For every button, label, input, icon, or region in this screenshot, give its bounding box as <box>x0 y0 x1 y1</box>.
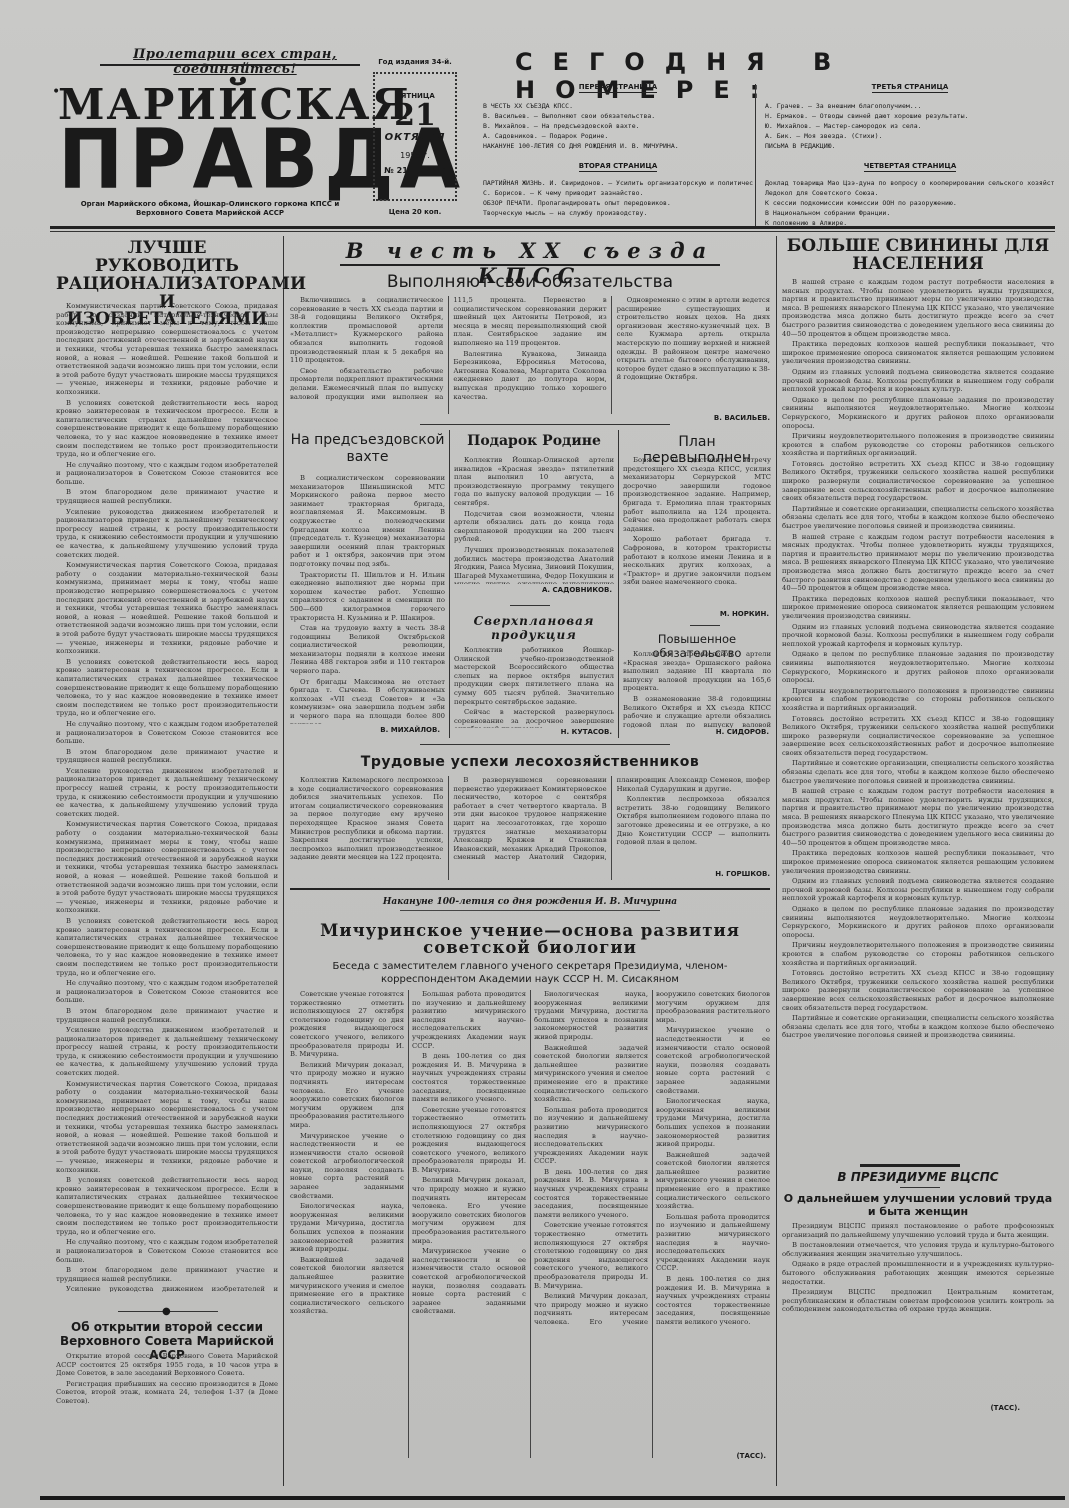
paragraph: В этом благородном деле принимают участи… <box>56 1266 278 1283</box>
vcsps-headline: О дальнейшем улучшении условий труда и б… <box>782 1192 1054 1218</box>
contents-page-title: ПЕРВАЯ СТРАНИЦА <box>579 83 657 93</box>
contents-item: К сессии подкомиссии комиссии ООН по раз… <box>765 198 1055 208</box>
masthead-rule-thin <box>50 231 1055 232</box>
paragraph: В этом благородном деле принимают участи… <box>56 748 278 765</box>
paragraph: Не случайно поэтому, что с каждым годом … <box>56 1238 278 1264</box>
contents-item: С. Борисов. — К чему приводит зазнайство… <box>483 188 753 198</box>
paragraph: В условиях советской действительности ве… <box>56 399 278 459</box>
contents-item: Творческую мысль — на службу производств… <box>483 208 753 218</box>
col2-sub-body: Коллектив работников Йошкар-Олинской уче… <box>454 646 614 728</box>
contents-item: НАКАНУНЕ 100-ЛЕТИЯ СО ДНЯ РОЖДЕНИЯ И. В.… <box>483 141 753 151</box>
paragraph: Коллектив Килемарского леспромхоза в ход… <box>290 776 443 862</box>
paragraph: Великий Мичурин доказал, что природу мож… <box>290 1061 404 1130</box>
michurin-body: Советские ученые готовятся торжественно … <box>290 990 770 1458</box>
paragraph: Практика передовых колхозов нашей респуб… <box>782 849 1054 875</box>
paragraph: Не случайно поэтому, что с каждым годом … <box>56 720 278 746</box>
paragraph: Одним из главных условий подъема свиново… <box>782 877 1054 903</box>
paragraph: Важнейшей задачей советской биологии явл… <box>290 1256 404 1316</box>
paragraph: Усиление руководства движением изобретат… <box>56 508 278 560</box>
paragraph: Однако в целом по республике плановые за… <box>782 905 1054 939</box>
ornament-dot-icon: ● <box>162 1306 171 1317</box>
masthead-motto: Пролетарии всех стран, соединяйтесь! <box>100 47 370 77</box>
col2-signature: А. САДОВНИКОВ. <box>454 586 612 594</box>
paragraph: В условиях советской действительности ве… <box>56 1176 278 1236</box>
paragraph: Мичуринское учение о наследственности и … <box>656 1026 770 1095</box>
contents-list: ПАРТИЙНАЯ ЖИЗНЬ. И. Свиридонов. — Усилит… <box>483 178 753 218</box>
contents-list: А. Грачев. — За внешним благополучием...… <box>765 101 1055 151</box>
paragraph: В социалистическом соревновании механиза… <box>290 474 445 569</box>
contents-list: Доклад товарища Мао Цзэ-дуна по вопросу … <box>765 178 1055 228</box>
paragraph: В нашей стране с каждым годом растут пот… <box>782 787 1054 847</box>
page-bottom-rule <box>40 1496 1065 1500</box>
section-rule <box>290 888 770 890</box>
contents-page-title: ЧЕТВЕРТАЯ СТРАНИЦА <box>864 162 957 172</box>
paragraph: Мичуринское учение о наследственности и … <box>290 1132 404 1201</box>
contents-list: В ЧЕСТЬ XX СЪЕЗДА КПСС.В. Васильев. — Вы… <box>483 101 753 151</box>
paragraph: От бригады Максимова не отстает бригада … <box>290 678 445 724</box>
col3-body: Борясь за достойную встречу предстоящего… <box>623 456 771 584</box>
paragraph: В день 100-летия со дня рождения И. В. М… <box>412 1052 526 1104</box>
paragraph: Биологическая наука, вооруженная великим… <box>534 990 648 1042</box>
vcsps-signature: (ТАСС). <box>960 1404 1020 1412</box>
paragraph: Одновременно с этим в артели ведется рас… <box>617 296 770 382</box>
editorial-body: Коммунистическая партия Советского Союза… <box>56 302 278 1292</box>
paragraph: Великий Мичурин доказал, что природу мож… <box>412 1176 526 1245</box>
paragraph: Практика передовых колхозов нашей респуб… <box>782 340 1054 366</box>
paragraph: Лучших производственных показателей доби… <box>454 546 614 584</box>
paragraph: Регистрация прибывших на сессию производ… <box>56 1380 278 1406</box>
paragraph: Не случайно поэтому, что с каждым годом … <box>56 979 278 1005</box>
paragraph: Важнейшей задачей советской биологии явл… <box>534 1044 648 1104</box>
year-of-publication: Год издания 34-й. <box>370 58 460 66</box>
column-divider <box>618 430 619 738</box>
paragraph: Коммунистическая партия Советского Союза… <box>56 302 278 397</box>
ornament-rule <box>860 1164 960 1167</box>
day: 21 <box>375 100 455 132</box>
paragraph: Причины неудовлетворительного положения … <box>782 687 1054 713</box>
newspaper-page: Пролетарии всех стран, соединяйтесь! МАР… <box>0 0 1069 1508</box>
paragraph: Биологическая наука, вооруженная великим… <box>290 1202 404 1254</box>
date-box: ПЯТНИЦА 21 ОКТЯБРЯ 1955 г. № 210 (7774) <box>373 72 457 201</box>
contents-item: А. Грачев. — За внешним благополучием... <box>765 101 1055 111</box>
month: ОКТЯБРЯ <box>375 132 455 143</box>
paragraph: Усиление руководства движением изобретат… <box>56 767 278 819</box>
contents-item: В. Михайлов. — На предсъездовской вахте. <box>483 121 753 131</box>
right-lead-body: В нашей стране с каждым годом растут пот… <box>782 278 1054 1158</box>
paragraph: Президиум ВЦСПС принял постановление о р… <box>782 1222 1054 1239</box>
masthead-rule <box>50 226 1055 229</box>
paragraph: В ознаменование 38-й годовщины Великого … <box>623 695 771 728</box>
col3-sub-signature: Н. СИДОРОВ. <box>623 728 769 736</box>
forestry-body: Коллектив Килемарского леспромхоза в ход… <box>290 776 770 880</box>
paragraph: Включившись в социалистическое соревнова… <box>290 296 443 365</box>
paragraph: Подсчитав свои возможности, члены артели… <box>454 510 614 544</box>
contents-item: В ЧЕСТЬ XX СЪЕЗДА КПСС. <box>483 101 753 111</box>
paragraph: В условиях советской действительности ве… <box>56 917 278 977</box>
col3-sub-body: Коллектив промысловой артели «Красная зв… <box>623 650 771 728</box>
contents-item: А. Бик. — Моя звезда. (Стихи). <box>765 131 1055 141</box>
contents-item: В Национальном собрании Франции. <box>765 208 1055 218</box>
paragraph: Коллектив леспромхоза обязался встретить… <box>617 795 770 847</box>
price: Цена 20 коп. <box>370 208 460 216</box>
michurin-signature: (ТАСС). <box>700 1452 766 1460</box>
paragraph: Коммунистическая партия Советского Союза… <box>56 820 278 915</box>
paragraph: В нашей стране с каждым годом растут пот… <box>782 278 1054 338</box>
contents-item: Доклад товарища Мао Цзэ-дуна по вопросу … <box>765 178 1055 188</box>
contents-divider <box>755 84 756 226</box>
paragraph: Большая работа проводится по изучению и … <box>534 1106 648 1166</box>
contents-item: ПИСЬМА В РЕДАКЦИЮ. <box>765 141 1055 151</box>
paragraph: Усиление руководства движением изобретат… <box>56 1026 278 1078</box>
michurin-headline: Мичуринское учение—основа развития совет… <box>290 922 770 957</box>
contents-page-title: ТРЕТЬЯ СТРАНИЦА <box>872 83 949 93</box>
contents-item: ПАРТИЙНАЯ ЖИЗНЬ. И. Свиридонов. — Усилит… <box>483 178 753 188</box>
col1-signature: В. МИХАЙЛОВ. <box>290 726 440 734</box>
paragraph: Не случайно поэтому, что с каждым годом … <box>56 461 278 487</box>
col1-body: В социалистическом соревновании механиза… <box>290 474 445 724</box>
paragraph: Коллектив Йошкар-Олинской артели инвалид… <box>454 456 614 508</box>
paragraph: Сейчас в мастерской развернулось соревно… <box>454 708 614 728</box>
paragraph: В день 100-летия со дня рождения И. В. М… <box>534 1168 648 1220</box>
paragraph: Биологическая наука, вооруженная великим… <box>656 1097 770 1149</box>
contents-item: Ю. Михайлов. — Мастер-самородок из села. <box>765 121 1055 131</box>
paragraph: В постановлении отмечается, что условия … <box>782 1241 1054 1258</box>
col2-headline: Подарок Родине <box>454 434 614 449</box>
paragraph: Большая работа проводится по изучению и … <box>656 1213 770 1273</box>
michurin-rubric: Накануне 100-летия со дня рождения И. В.… <box>290 897 770 907</box>
forestry-headline: Трудовые успехи лесохозяйственников <box>290 754 770 770</box>
paragraph: Трактористы П. Шильтов и Н. Ильин ежедне… <box>290 571 445 623</box>
rubric-underline <box>340 264 720 266</box>
contents-page-title: ВТОРАЯ СТРАНИЦА <box>579 162 658 172</box>
paragraph: Важнейшей задачей советской биологии явл… <box>656 1151 770 1211</box>
column-divider <box>449 430 450 738</box>
lead-signature: В. ВАСИЛЬЕВ. <box>620 414 770 422</box>
contents-item: В. Васильев. — Выполняют свои обязательс… <box>483 111 753 121</box>
paragraph: Партийные и советские организации, специ… <box>782 505 1054 531</box>
paragraph: В условиях советской действительности ве… <box>56 658 278 718</box>
vcsps-body: Президиум ВЦСПС принял постановление о р… <box>782 1222 1054 1402</box>
contents-item: А. Садовников. — Подарок Родине. <box>483 131 753 141</box>
paragraph: Советские ученые готовятся торжественно … <box>412 1106 526 1175</box>
paragraph: Готовясь достойно встретить XX съезд КПС… <box>782 715 1054 758</box>
paragraph: Валентина Кувакова, Зинаида Березникова,… <box>453 350 606 402</box>
paragraph: Причины неудовлетворительного положения … <box>782 432 1054 458</box>
col2-sub-signature: Н. КУТАСОВ. <box>454 728 612 736</box>
section-rule <box>420 424 670 425</box>
paragraph: Большая работа проводится по изучению и … <box>412 990 526 1050</box>
issue-number: № 210 (7774) <box>375 166 455 175</box>
column-divider <box>283 236 284 1486</box>
paragraph: Став на трудовую вахту в честь 38-й годо… <box>290 624 445 676</box>
lead-headline: Выполняют свои обязательства <box>290 272 770 292</box>
paragraph: Коммунистическая партия Советского Союза… <box>56 1080 278 1175</box>
paragraph: Открытие второй сессии Верховного Совета… <box>56 1352 278 1378</box>
michurin-subtitle: Беседа с заместителем главного ученого с… <box>300 960 760 986</box>
paragraph: Хорошо работает бригада т. Сафронова, в … <box>623 535 771 584</box>
section-rule <box>420 744 670 745</box>
paragraph: Коллектив промысловой артели «Красная зв… <box>623 650 771 693</box>
paragraph: Президиум ВЦСПС предложил Центральным ко… <box>782 1288 1054 1314</box>
vcsps-rubric: В ПРЕЗИДИУМЕ ВЦСПС <box>782 1170 1054 1184</box>
col1-headline: На предсъездовской вахте <box>290 432 445 466</box>
right-lead-headline: БОЛЬШЕ СВИНИНЫ ДЛЯ НАСЕЛЕНИЯ <box>782 238 1054 274</box>
star-ornament-icon: • <box>52 84 60 100</box>
paragraph: Коммунистическая партия Советского Союза… <box>56 561 278 656</box>
col3-signature: М. НОРКИН. <box>623 610 769 618</box>
paragraph: Партийные и советские организации, специ… <box>782 759 1054 785</box>
paragraph: В день 100-летия со дня рождения И. В. М… <box>656 1275 770 1327</box>
col2-body: Коллектив Йошкар-Олинской артели инвалид… <box>454 456 614 584</box>
paragraph: Одним из главных условий подъема свиново… <box>782 623 1054 649</box>
rubric-underline <box>400 910 660 911</box>
divider-short <box>690 625 720 626</box>
paragraph: Практика передовых колхозов нашей респуб… <box>782 595 1054 621</box>
paragraph: Усиление руководства движением изобретат… <box>56 1285 278 1292</box>
paragraph: Одним из главных условий подъема свиново… <box>782 368 1054 394</box>
masthead-organ: Орган Марийского обкома, Йошкар-Олинског… <box>80 200 340 218</box>
contents-page-3: ТРЕТЬЯ СТРАНИЦА А. Грачев. — За внешним … <box>765 74 1055 228</box>
paragraph: Однако в целом по республике плановые за… <box>782 396 1054 430</box>
paragraph: Коллектив работников Йошкар-Олинской уче… <box>454 646 614 706</box>
contents-page-1: ПЕРВАЯ СТРАНИЦА В ЧЕСТЬ XX СЪЕЗДА КПСС.В… <box>483 74 753 218</box>
divider-short <box>510 605 550 606</box>
paragraph: Готовясь достойно встретить XX съезд КПС… <box>782 969 1054 1012</box>
forestry-signature: Н. ГОРШКОВ. <box>620 870 770 878</box>
paragraph: Борясь за достойную встречу предстоящего… <box>623 456 771 533</box>
contents-item: Н. Ермаков. — Отводы свиней дают хорошие… <box>765 111 1055 121</box>
contents-item: Ледокол для Советского Союза. <box>765 188 1055 198</box>
year: 1955 г. <box>375 151 455 160</box>
paragraph: Причины неудовлетворительного положения … <box>782 941 1054 967</box>
contents-item: ОБЗОР ПЕЧАТИ. Пропагандировать опыт пере… <box>483 198 753 208</box>
paragraph: В этом благородном деле принимают участи… <box>56 1007 278 1024</box>
column-divider <box>776 236 777 1486</box>
paragraph: В нашей стране с каждым годом растут пот… <box>782 533 1054 593</box>
paragraph: Партийные и советские организации, специ… <box>782 1014 1054 1040</box>
masthead-title-line2: ПРАВДА <box>58 118 358 202</box>
paragraph: Однако в целом по республике плановые за… <box>782 650 1054 684</box>
paragraph: Мичуринское учение о наследственности и … <box>412 1247 526 1316</box>
motto-underline <box>100 64 360 66</box>
col2-sub-headline: Сверхплановая продукция <box>454 614 614 642</box>
rubric-underline <box>900 1187 940 1188</box>
paragraph: В этом благородном деле принимают участи… <box>56 488 278 505</box>
paragraph: Советские ученые готовятся торжественно … <box>290 990 404 1059</box>
notice-body: Открытие второй сессии Верховного Совета… <box>56 1352 278 1452</box>
paragraph: Советские ученые готовятся торжественно … <box>534 1221 648 1290</box>
paragraph: Готовясь достойно встретить XX съезд КПС… <box>782 460 1054 503</box>
paragraph: Однако в ряде отраслей промышленности и … <box>782 1260 1054 1286</box>
lead-body: Включившись в социалистическое соревнова… <box>290 296 770 414</box>
